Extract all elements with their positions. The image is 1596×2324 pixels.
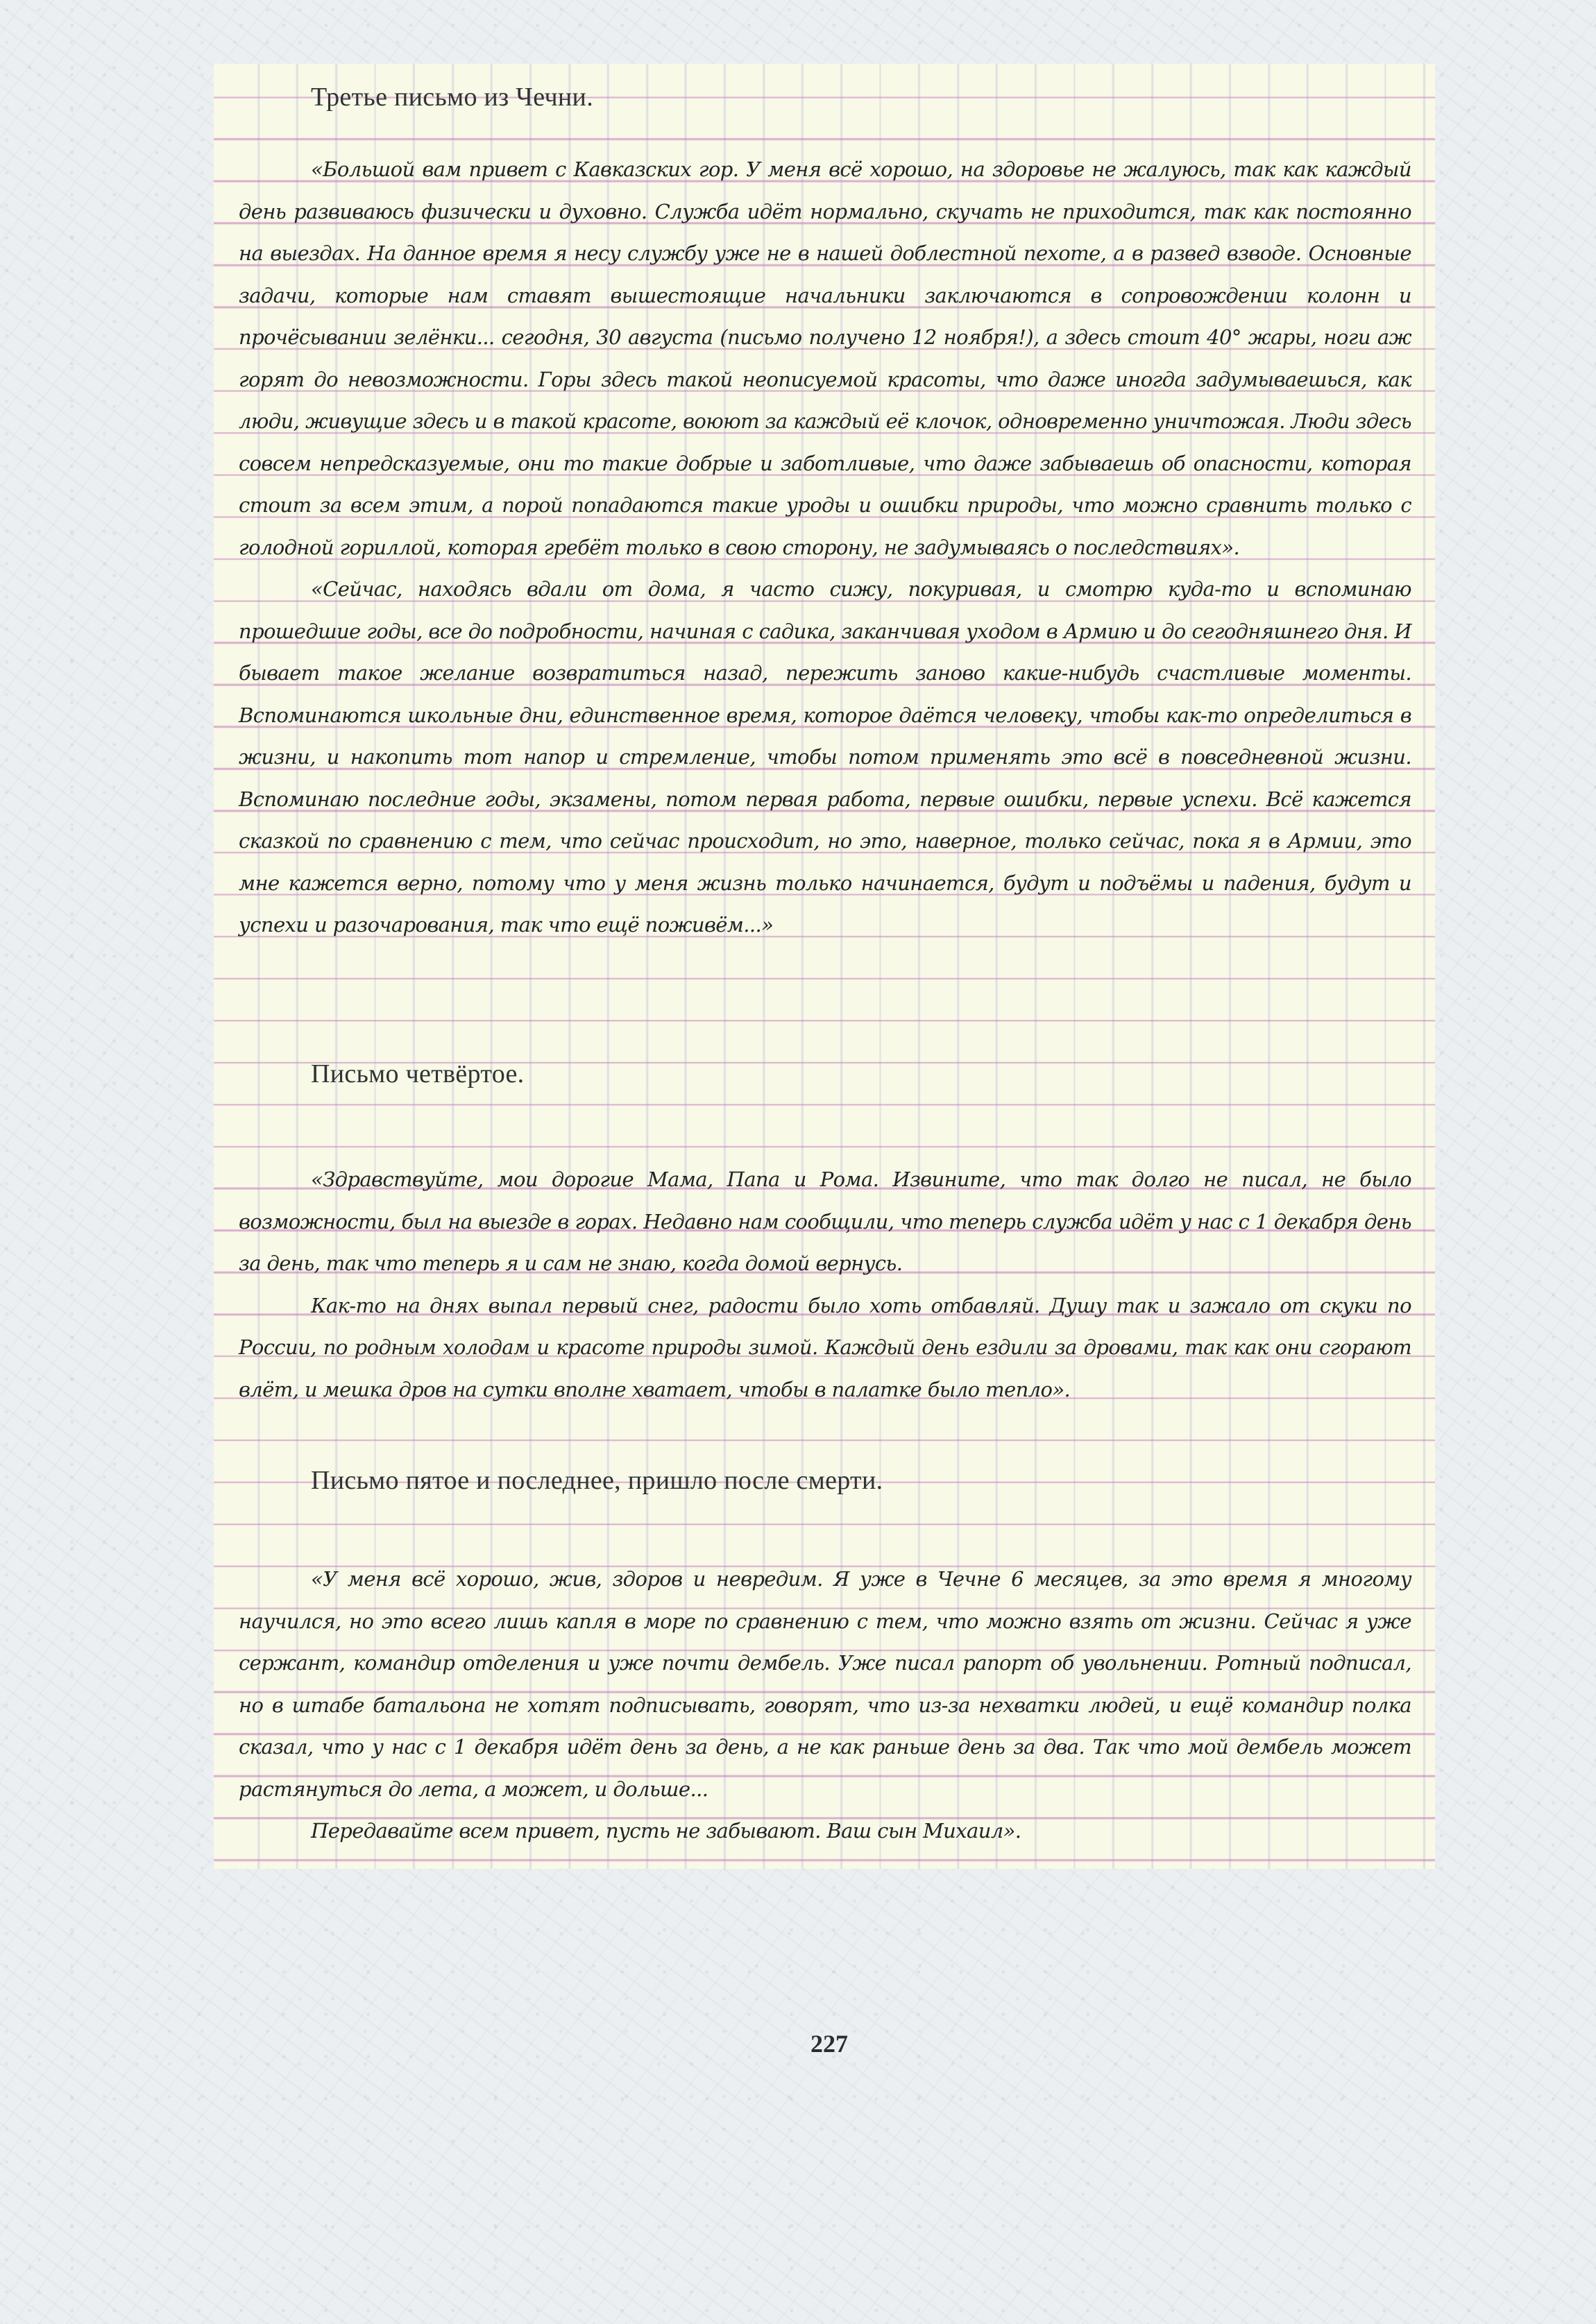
letter-3-paragraph-1: «Большой вам привет с Кавказских гор. У … <box>239 148 1411 568</box>
letter-4-paragraph-2: Как-то на днях выпал первый снег, радост… <box>239 1285 1411 1411</box>
letter-5-paragraph-1: «У меня всё хорошо, жив, здоров и невред… <box>239 1558 1411 1810</box>
letter-5-paragraph-2: Передавайте всем привет, пусть не забыва… <box>239 1810 1411 1852</box>
letter-3-heading: Третье письмо из Чечни. <box>311 82 593 112</box>
letter-4-heading: Письмо четвёртое. <box>311 1059 524 1089</box>
page-number: 227 <box>810 2029 848 2058</box>
letter-3-body: «Большой вам привет с Кавказских гор. У … <box>239 148 1411 946</box>
letter-5-body: «У меня всё хорошо, жив, здоров и невред… <box>239 1558 1411 1852</box>
letter-3-paragraph-2: «Сейчас, находясь вдали от дома, я часто… <box>239 568 1411 946</box>
lined-notebook-paper: Третье письмо из Чечни. «Большой вам при… <box>214 64 1435 1869</box>
letter-4-paragraph-1: «Здравствуйте, мои дорогие Мама, Папа и … <box>239 1159 1411 1285</box>
letter-5-heading: Письмо пятое и последнее, пришло после с… <box>311 1465 883 1496</box>
letter-4-body: «Здравствуйте, мои дорогие Мама, Папа и … <box>239 1159 1411 1410</box>
